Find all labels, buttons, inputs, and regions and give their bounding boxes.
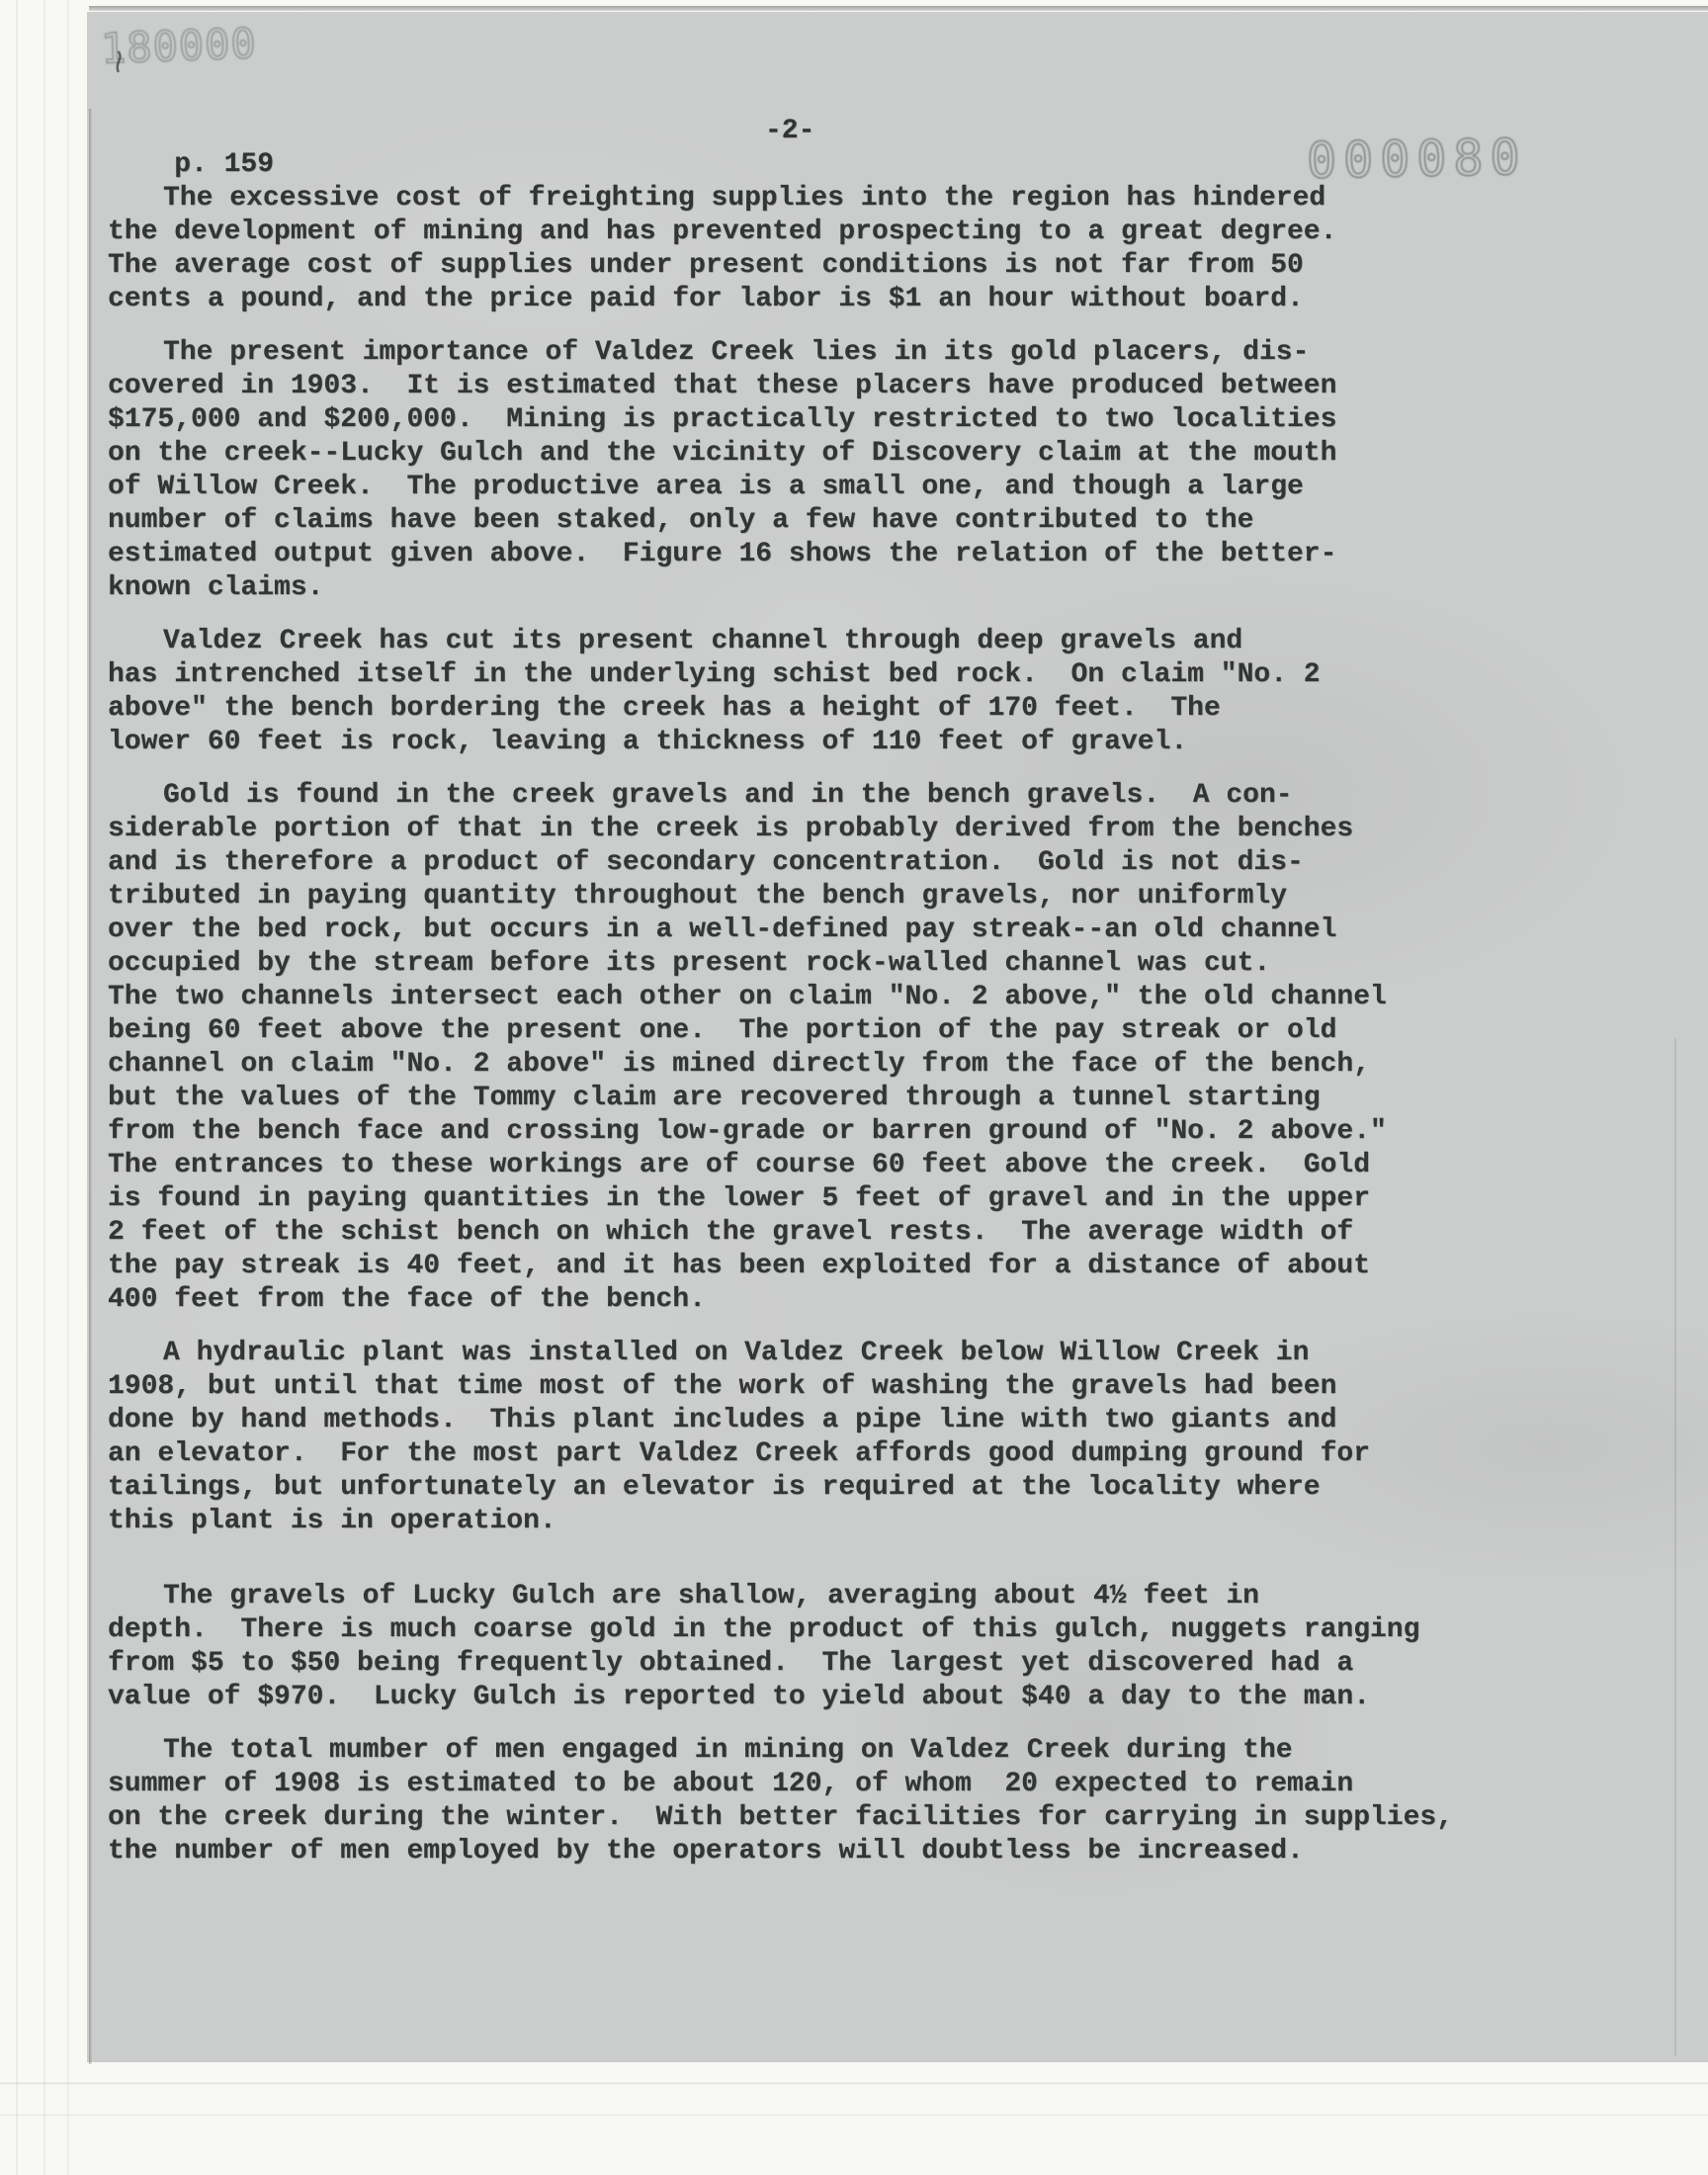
text-line: Gold is found in the creek gravels and i… xyxy=(108,779,1590,813)
paragraph: A hydraulic plant was installed on Valde… xyxy=(108,1337,1590,1538)
text-line: an elevator. For the most part Valdez Cr… xyxy=(108,1437,1590,1471)
text-line: being 60 feet above the present one. The… xyxy=(108,1014,1590,1048)
text-line: The two channels intersect each other on… xyxy=(108,981,1590,1014)
paragraph: Valdez Creek has cut its present channel… xyxy=(108,625,1590,759)
text-line: The gravels of Lucky Gulch are shallow, … xyxy=(108,1580,1590,1613)
page-number: -2- xyxy=(765,115,814,148)
text-line: is found in paying quantities in the low… xyxy=(108,1182,1590,1216)
text-line: but the values of the Tommy claim are re… xyxy=(108,1082,1590,1115)
text-line: the development of mining and has preven… xyxy=(108,216,1590,249)
paragraph: The total mumber of men engaged in minin… xyxy=(108,1734,1590,1869)
text-line: The total mumber of men engaged in minin… xyxy=(108,1734,1590,1768)
scanned-document-page: 180000 p. 159 -2- 000080 The excessive c… xyxy=(0,0,1708,2175)
text-line: of Willow Creek. The productive area is … xyxy=(108,471,1590,504)
text-line: 2 feet of the schist bench on which the … xyxy=(108,1216,1590,1250)
paragraph: Gold is found in the creek gravels and i… xyxy=(108,779,1590,1317)
text-line: on the creek--Lucky Gulch and the vicini… xyxy=(108,437,1590,471)
text-line: summer of 1908 is estimated to be about … xyxy=(108,1768,1590,1801)
paper-edge-right xyxy=(1674,1038,1676,2056)
paper-edge-top xyxy=(89,6,1708,11)
text-line: A hydraulic plant was installed on Valde… xyxy=(108,1337,1590,1370)
text-line: has intrenched itself in the underlying … xyxy=(108,658,1590,692)
text-line: covered in 1903. It is estimated that th… xyxy=(108,370,1590,403)
text-line: estimated output given above. Figure 16 … xyxy=(108,538,1590,571)
text-line: from $5 to $50 being frequently obtained… xyxy=(108,1647,1590,1681)
paper-edge-left xyxy=(89,109,92,2064)
text-line: known claims. xyxy=(108,571,1590,605)
text-line: $175,000 and $200,000. Mining is practic… xyxy=(108,403,1590,437)
paragraph: The present importance of Valdez Creek l… xyxy=(108,336,1590,605)
text-line: this plant is in operation. xyxy=(108,1505,1590,1538)
text-line: The present importance of Valdez Creek l… xyxy=(108,336,1590,370)
text-line: over the bed rock, but occurs in a well-… xyxy=(108,913,1590,947)
text-line: channel on claim "No. 2 above" is mined … xyxy=(108,1048,1590,1082)
text-line: value of $970. Lucky Gulch is reported t… xyxy=(108,1681,1590,1714)
text-line: on the creek during the winter. With bet… xyxy=(108,1801,1590,1835)
text-line: tailings, but unfortunately an elevator … xyxy=(108,1471,1590,1505)
scanner-margin-bottom xyxy=(0,2062,1708,2175)
paragraph: The gravels of Lucky Gulch are shallow, … xyxy=(108,1580,1590,1714)
text-line: and is therefore a product of secondary … xyxy=(108,846,1590,880)
document-body: The excessive cost of freighting supplie… xyxy=(108,182,1590,1888)
text-line: number of claims have been staked, only … xyxy=(108,504,1590,538)
text-line: above" the bench bordering the creek has… xyxy=(108,692,1590,726)
text-line: from the bench face and crossing low-gra… xyxy=(108,1115,1590,1149)
serial-stamp-top-right: 000080 xyxy=(1307,129,1528,190)
text-line: cents a pound, and the price paid for la… xyxy=(108,283,1590,316)
text-line: done by hand methods. This plant include… xyxy=(108,1404,1590,1437)
paragraph: The excessive cost of freighting supplie… xyxy=(108,182,1590,316)
text-line: lower 60 feet is rock, leaving a thickne… xyxy=(108,726,1590,759)
text-line: 1908, but until that time most of the wo… xyxy=(108,1370,1590,1404)
text-line: The excessive cost of freighting supplie… xyxy=(108,182,1590,216)
page-ref: p. 159 xyxy=(174,149,274,180)
text-line: the pay streak is 40 feet, and it has be… xyxy=(108,1250,1590,1283)
text-line: tributed in paying quantity throughout t… xyxy=(108,880,1590,913)
text-line: depth. There is much coarse gold in the … xyxy=(108,1613,1590,1647)
text-line: occupied by the stream before its presen… xyxy=(108,947,1590,981)
scanner-margin-left xyxy=(0,0,87,2175)
text-line: 400 feet from the face of the bench. xyxy=(108,1283,1590,1317)
text-line: The average cost of supplies under prese… xyxy=(108,249,1590,283)
text-line: The entrances to these workings are of c… xyxy=(108,1149,1590,1182)
text-line: siderable portion of that in the creek i… xyxy=(108,813,1590,846)
text-line: Valdez Creek has cut its present channel… xyxy=(108,625,1590,658)
text-line: the number of men employed by the operat… xyxy=(108,1835,1590,1869)
